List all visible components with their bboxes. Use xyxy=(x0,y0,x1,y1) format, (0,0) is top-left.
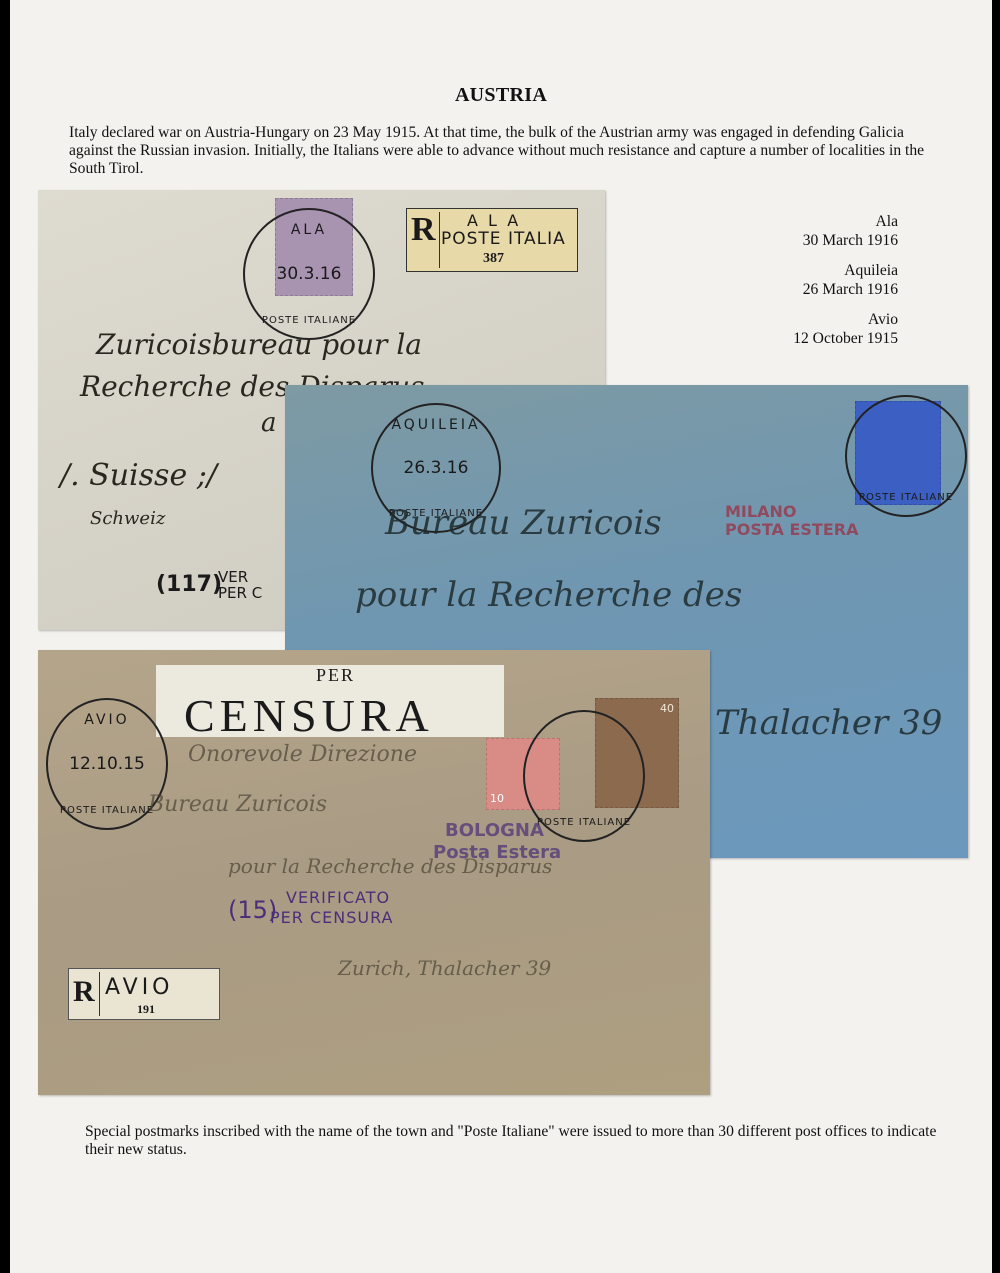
address-line: pour la Recherche des xyxy=(355,575,742,615)
address-line: Thalacher 39 xyxy=(715,703,942,743)
registration-label-avio: R AVIO 191 xyxy=(68,968,220,1020)
album-page: AUSTRIA Italy declared war on Austria-Hu… xyxy=(10,0,992,1273)
registration-label-ala: R ALA POSTE ITALIA 387 xyxy=(406,208,578,272)
address-line: Zuricoisbureau pour la xyxy=(96,328,422,361)
address-line: Bureau Zuricois xyxy=(385,503,662,543)
address-line: a xyxy=(261,408,277,438)
address-line: Zurich, Thalacher 39 xyxy=(338,956,551,980)
transit-mark-bologna: BOLOGNA Posta Estera xyxy=(433,820,561,864)
caption-avio: Avio 12 October 1915 xyxy=(793,310,898,348)
footer-paragraph: Special postmarks inscribed with the nam… xyxy=(85,1123,945,1159)
censor-label: PER CENSURA xyxy=(156,665,504,737)
address-line: /. Suisse ;/ xyxy=(60,458,217,493)
address-line: Bureau Zuricois xyxy=(148,792,327,817)
address-line: Schweiz xyxy=(90,508,165,529)
page-title: AUSTRIA xyxy=(10,84,992,107)
caption-aquileia: Aquileia 26 March 1916 xyxy=(793,261,898,299)
postmark-aquileia-stamp: POSTE ITALIANE xyxy=(845,395,967,517)
postmark-ala: ALA 30.3.16 POSTE ITALIANE xyxy=(243,208,375,340)
transit-mark-milano: MILANO POSTA ESTERA xyxy=(725,503,858,539)
caption-ala: Ala 30 March 1916 xyxy=(793,212,898,250)
address-line: Onorevole Direzione xyxy=(188,742,417,767)
cover-avio: PER CENSURA AVIO 12.10.15 POSTE ITALIANE… xyxy=(38,650,710,1095)
intro-paragraph: Italy declared war on Austria-Hungary on… xyxy=(69,124,949,178)
cover-captions: Ala 30 March 1916 Aquileia 26 March 1916… xyxy=(793,212,898,359)
